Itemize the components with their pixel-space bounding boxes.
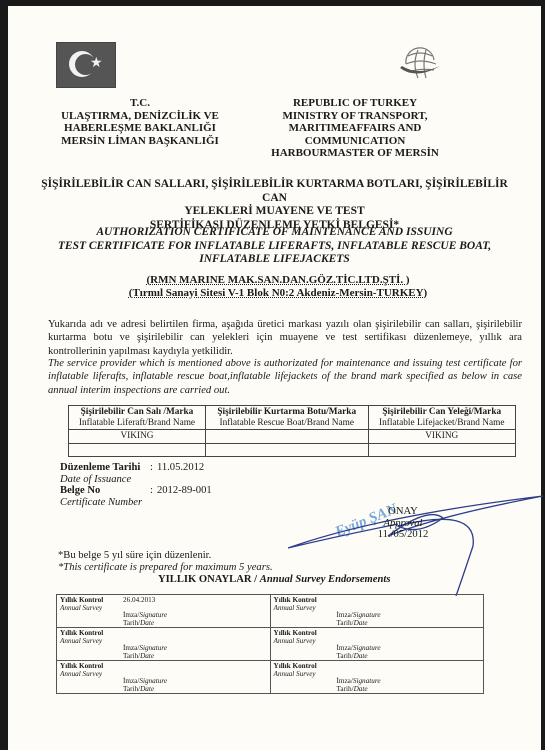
endorsements-title: YILLIK ONAYLAR / Annual Survey Endorseme…	[158, 574, 390, 585]
table-row: VIKING VIKING	[69, 430, 516, 444]
approval-sublabel: Approval	[363, 518, 443, 530]
validity-note-english: *This certificate is prepared for maximu…	[58, 562, 273, 574]
title-line: AUTHORIZATION CERTIFICATE OF MAINTENANCE…	[28, 226, 521, 240]
header-left-line: HABERLEŞME BAKLANLIĞI	[50, 122, 230, 135]
approval-date: 11./05/2012	[363, 529, 443, 541]
globe-logo-icon	[396, 46, 444, 82]
company-block: (RMN MARINE MAK.SAN.DAN.GÖZ.TİC.LTD.ŞTİ.…	[98, 274, 458, 300]
brand-cell	[205, 443, 368, 456]
brands-table: Şişirilebilir Can Salı /MarkaInflatable …	[68, 405, 516, 457]
body-text-english: The service provider which is mentioned …	[48, 357, 522, 397]
brand-cell: VIKING	[368, 430, 516, 444]
header-english: REPUBLIC OF TURKEY MINISTRY OF TRANSPORT…	[240, 97, 470, 160]
brands-header-cell: Şişirilebilir Can Yeleği/MarkaInflatable…	[368, 406, 516, 430]
endorsements-title-tr: YILLIK ONAYLAR /	[158, 574, 257, 585]
survey-cell: Yıllık KontrolAnnual Surveyİmza/Signatur…	[57, 661, 271, 694]
certificate-number-value: 2012-89-001	[157, 485, 212, 497]
endorsements-title-en: Annual Survey Endorsements	[260, 574, 391, 585]
annual-survey-table: Yıllık KontrolAnnual Survey26.04.2013İmz…	[56, 594, 484, 694]
header-right-line: HARBOURMASTER OF MERSİN	[240, 147, 470, 160]
approval-label: ONAY	[363, 506, 443, 518]
document-title-english: AUTHORIZATION CERTIFICATE OF MAINTENANCE…	[28, 226, 521, 267]
certificate-page: ★ T.C. ULAŞTIRMA, DENİZCİLİK VE HABERLEŞ…	[8, 6, 541, 750]
approval-block: ONAY Approval 11./05/2012	[363, 506, 443, 541]
title-line: YELEKLERİ MUAYENE VE TEST	[28, 205, 521, 219]
header-turkish: T.C. ULAŞTIRMA, DENİZCİLİK VE HABERLEŞME…	[50, 97, 230, 147]
brand-cell: VIKING	[69, 430, 206, 444]
table-row	[69, 443, 516, 456]
header-right-line: REPUBLIC OF TURKEY	[240, 97, 470, 110]
issue-date-label: Düzenleme Tarihi	[60, 462, 150, 474]
header-left-line: MERSİN LİMAN BAŞKANLIĞI	[50, 135, 230, 148]
survey-cell: Yıllık KontrolAnnual Surveyİmza/Signatur…	[270, 628, 484, 661]
survey-cell: Yıllık KontrolAnnual Surveyİmza/Signatur…	[270, 595, 484, 628]
title-line: INFLATABLE LIFEJACKETS	[28, 253, 521, 267]
header-left-line: ULAŞTIRMA, DENİZCİLİK VE	[50, 110, 230, 123]
brand-cell	[69, 443, 206, 456]
brand-cell	[205, 430, 368, 444]
brands-header-row: Şişirilebilir Can Salı /MarkaInflatable …	[69, 406, 516, 430]
brands-header-cell: Şişirilebilir Kurtarma Botu/MarkaInflata…	[205, 406, 368, 430]
survey-cell: Yıllık KontrolAnnual Surveyİmza/Signatur…	[57, 628, 271, 661]
table-row: Yıllık KontrolAnnual Survey26.04.2013İmz…	[57, 595, 484, 628]
validity-note-turkish: *Bu belge 5 yıl süre için düzenlenir.	[58, 550, 211, 562]
title-line: TEST CERTIFICATE FOR INFLATABLE LIFERAFT…	[28, 240, 521, 254]
table-row: Yıllık KontrolAnnual Surveyİmza/Signatur…	[57, 628, 484, 661]
company-name: (RMN MARINE MAK.SAN.DAN.GÖZ.TİC.LTD.ŞTİ.…	[98, 274, 458, 287]
issuance-info: Düzenleme Tarihi:11.05.2012 Date of Issu…	[60, 462, 212, 508]
separator: :	[150, 485, 153, 497]
body-text-turkish: Yukarıda adı ve adresi belirtilen firma,…	[48, 318, 522, 358]
issue-date-value: 11.05.2012	[157, 462, 204, 474]
header-left-line: T.C.	[50, 97, 230, 110]
issue-date-sublabel: Date of Issuance	[60, 474, 212, 486]
brand-cell	[368, 443, 516, 456]
separator: :	[150, 462, 153, 474]
document-title-turkish: ŞİŞİRİLEBİLİR CAN SALLARI, ŞİŞİRİLEBİLİR…	[28, 178, 521, 232]
survey-cell: Yıllık KontrolAnnual Surveyİmza/Signatur…	[270, 661, 484, 694]
header-right-line: MARITIMEAFFAIRS AND COMMUNICATION	[240, 122, 470, 147]
table-row: Yıllık KontrolAnnual Surveyİmza/Signatur…	[57, 661, 484, 694]
company-address: (Tırmıl Sanayi Sitesi V-1 Blok N0:2 Akde…	[98, 287, 458, 300]
header-right-line: MINISTRY OF TRANSPORT,	[240, 110, 470, 123]
certificate-number-label: Belge No	[60, 485, 150, 497]
turkish-flag-icon: ★	[56, 42, 116, 88]
survey-cell: Yıllık KontrolAnnual Survey26.04.2013İmz…	[57, 595, 271, 628]
certificate-number-sublabel: Certificate Number	[60, 497, 212, 509]
brands-header-cell: Şişirilebilir Can Salı /MarkaInflatable …	[69, 406, 206, 430]
title-line: ŞİŞİRİLEBİLİR CAN SALLARI, ŞİŞİRİLEBİLİR…	[28, 178, 521, 205]
